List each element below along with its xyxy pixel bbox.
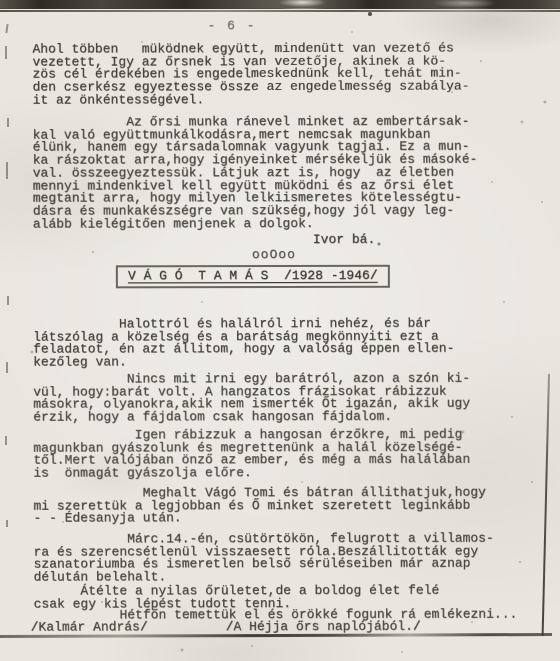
intro-paragraph-1: Ahol többen müködnek együtt, mindenütt v… [32,43,469,107]
page-number: - 6 - [0,20,464,34]
obituary-paragraph-4: Meghalt Vágó Tomi és bátran állithatjuk,… [33,487,486,526]
obituary-paragraph-5: Márc.14.-én, csütörtökön, felugrott a vi… [33,533,493,585]
signature-ivor-ba: Ivor bá. [313,234,375,247]
document-content: - 6 - Ahol többen müködnek együtt, minde… [0,0,560,661]
intro-paragraph-2: Az őrsi munka ránevel minket az embertár… [33,116,478,231]
obituary-paragraph-1: Halottról és halálról irni nehéz, és bár… [33,318,454,370]
obituary-paragraph-3: Igen rábizzuk a hangosan érzőkre, mi ped… [33,429,470,481]
obituary-paragraph-2: Nincs mit irni egy barátról, azon a szón… [33,373,470,425]
section-divider: ooOoo [252,249,296,262]
credits-line: /Kalmár András/ /A Héjja őrs naplójából.… [31,621,421,635]
obituary-title-box: V Á G Ó T A M Á S /1928 -1946/ [116,265,390,289]
scanned-page: - 6 - Ahol többen müködnek együtt, minde… [0,0,560,661]
obituary-title: V Á G Ó T A M Á S /1928 -1946/ [128,270,378,283]
